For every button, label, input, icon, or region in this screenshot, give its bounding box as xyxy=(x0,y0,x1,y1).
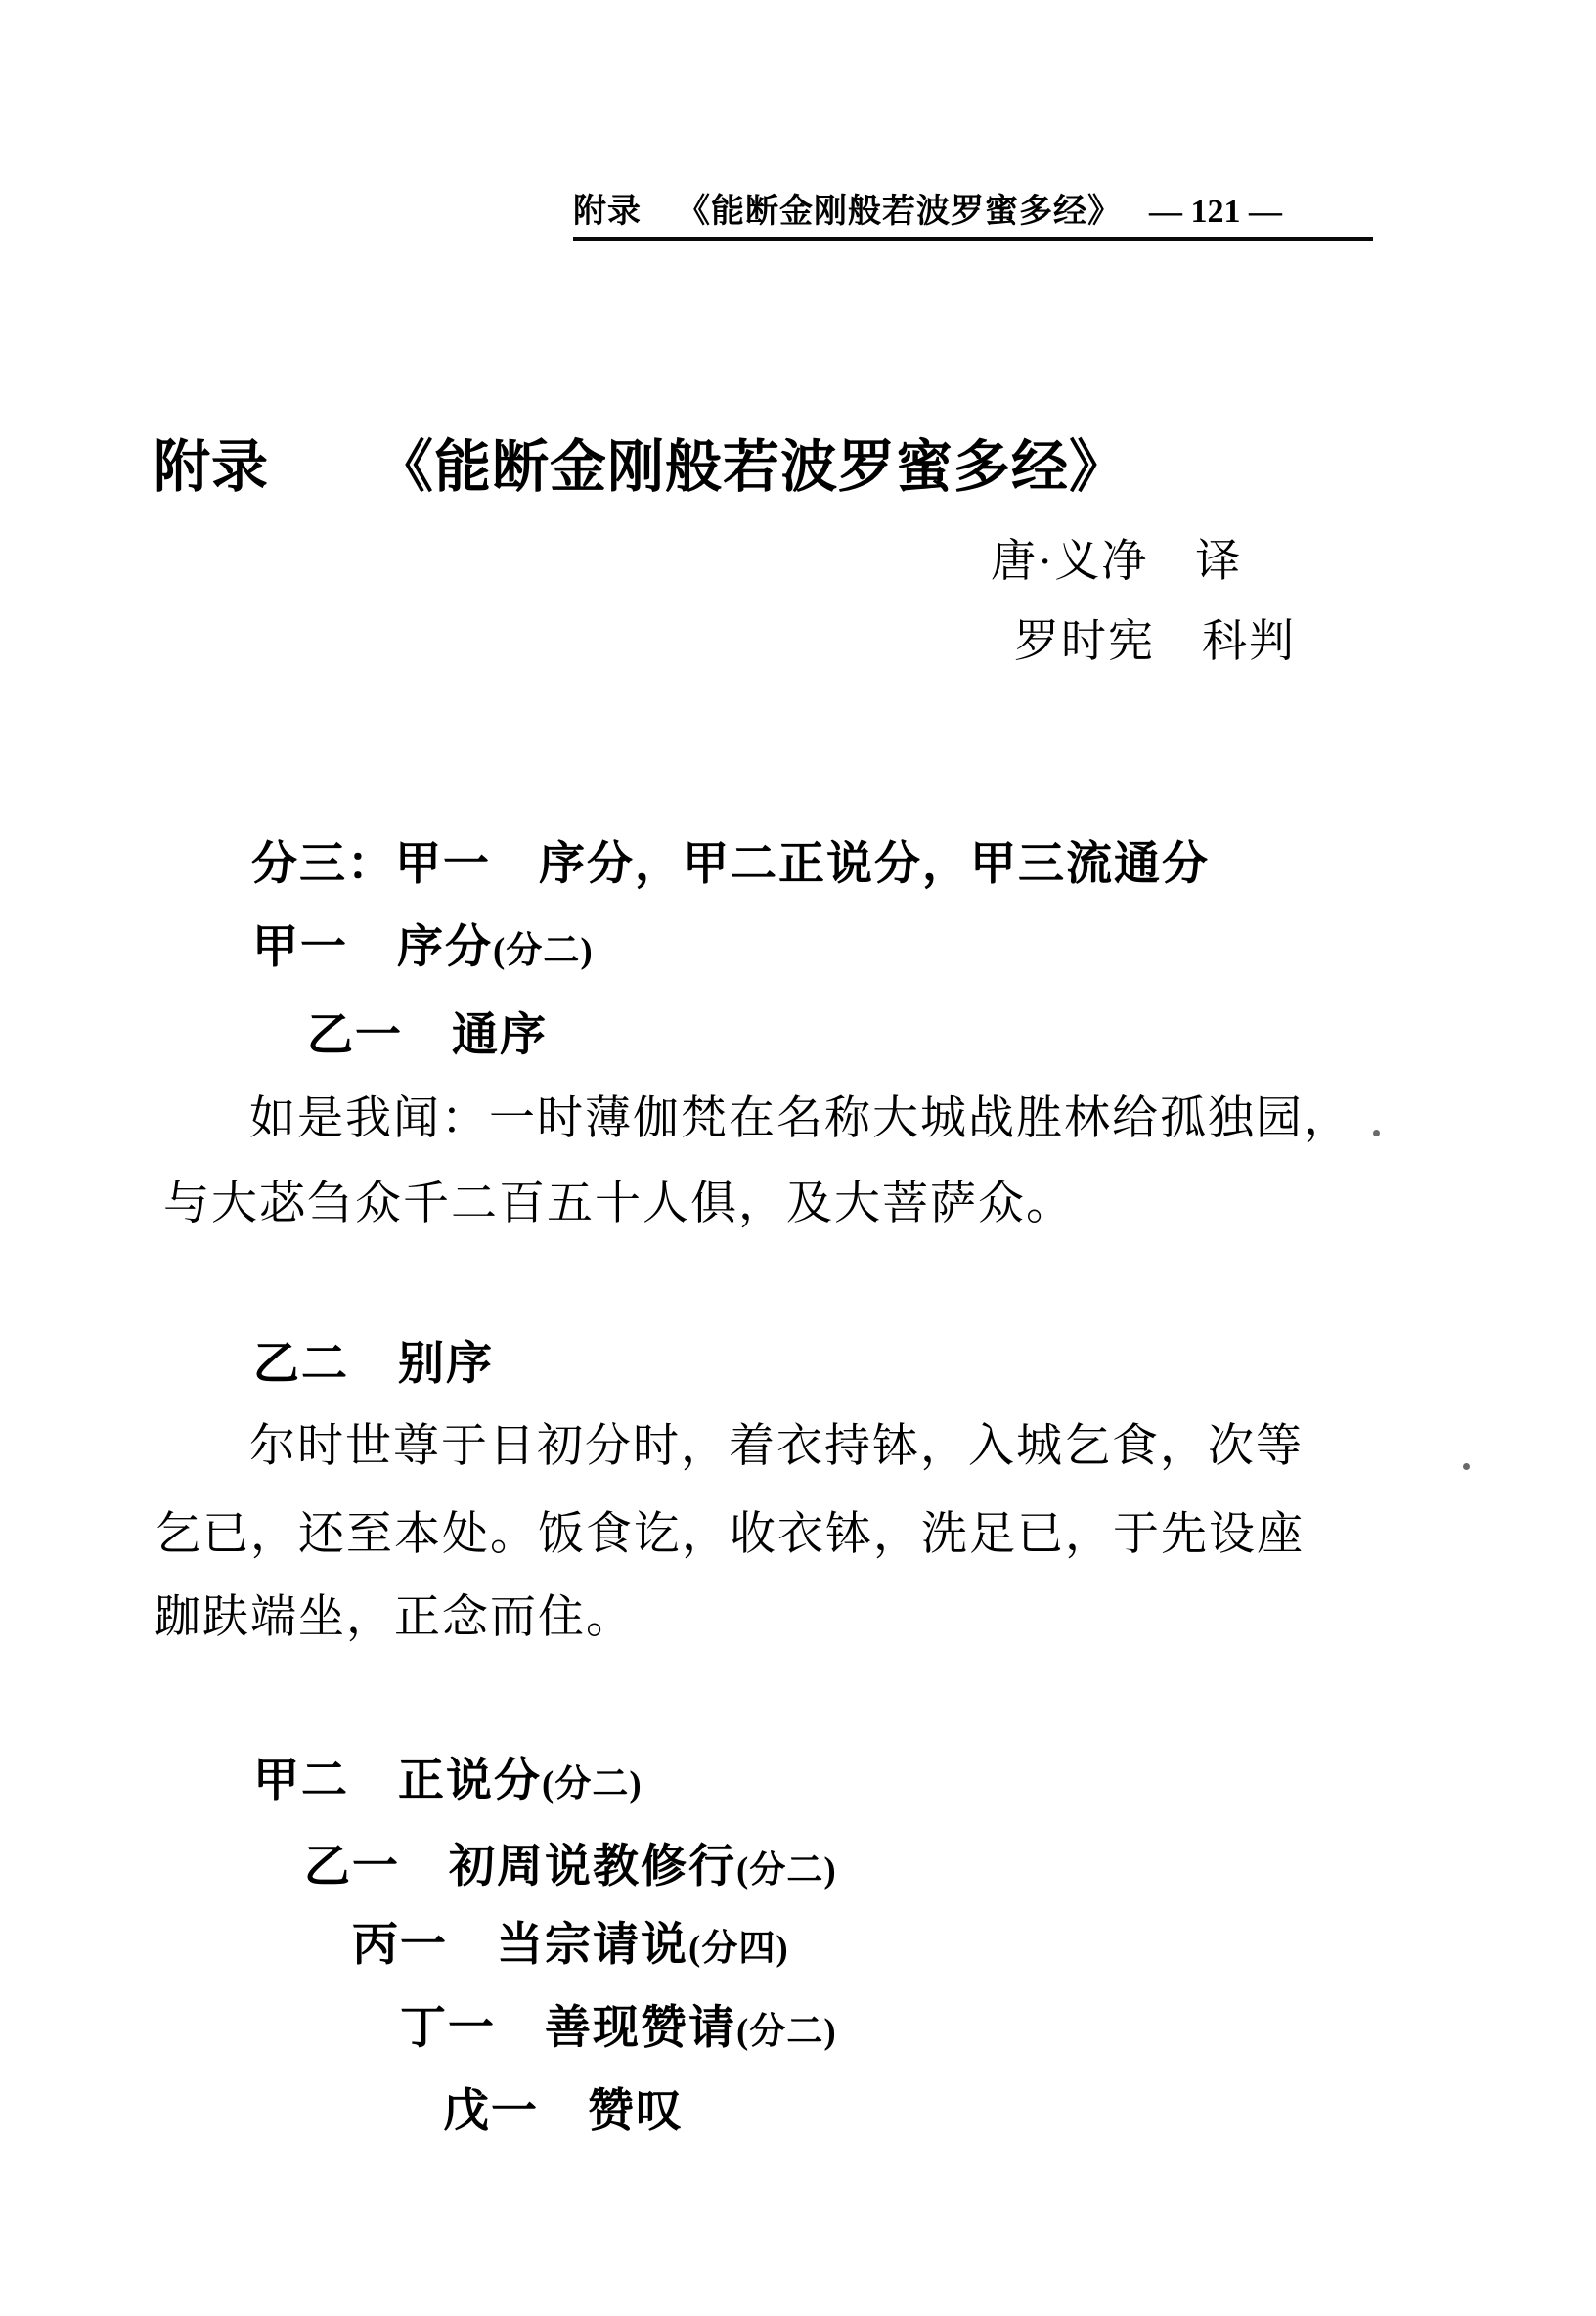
running-header-section: 附录 xyxy=(573,194,642,230)
outline-heading-wu1: 戊一赞叹 xyxy=(443,2087,684,2138)
body-text-line: 如是我闻：一时薄伽梵在名称大城战胜林给孤独园， xyxy=(249,1094,1352,1145)
outline-heading-jia2: 甲二正说分(分二) xyxy=(253,1757,643,1807)
translator-line: 唐·义净 译 xyxy=(991,537,1242,587)
scan-artifact-dot xyxy=(1373,1130,1380,1136)
heading-label: 乙一 xyxy=(307,1010,403,1061)
heading-note: (分二) xyxy=(736,2012,837,2052)
title-prefix: 附录 xyxy=(154,435,269,499)
running-header-page-number: — 121 — xyxy=(1149,194,1282,230)
heading-title: 序分 xyxy=(397,922,493,973)
heading-note: (分二) xyxy=(736,1850,837,1891)
heading-label: 甲二 xyxy=(253,1756,349,1806)
book-page: 附录《能断金刚般若波罗蜜多经》— 121 — 附录《能断金刚般若波罗蜜多经》 唐… xyxy=(0,0,1596,2316)
heading-title: 别序 xyxy=(398,1339,494,1390)
outline-heading-bing1: 丙一当宗请说(分四) xyxy=(352,1921,789,1972)
heading-label: 丁一 xyxy=(400,2003,496,2054)
scan-artifact-dot xyxy=(1463,1463,1470,1470)
running-header-book-title: 《能断金刚般若波罗蜜多经》 xyxy=(677,194,1122,230)
heading-label: 乙二 xyxy=(253,1339,349,1390)
outline-heading-ding1: 丁一善现赞请(分二) xyxy=(400,2004,837,2055)
heading-label: 丙一 xyxy=(352,1920,448,1971)
body-text-line: 尔时世尊于日初分时，着衣持钵，入城乞食，次等 xyxy=(249,1422,1304,1473)
heading-label: 戊一 xyxy=(443,2086,539,2137)
heading-title: 通序 xyxy=(452,1010,548,1061)
body-text-line: 与大苾刍众千二百五十人俱，及大菩萨众。 xyxy=(163,1180,1074,1230)
running-header: 附录《能断金刚般若波罗蜜多经》— 121 — xyxy=(573,194,1373,241)
outline-heading-yi1-chuzhou: 乙一初周说教修行(分二) xyxy=(304,1843,837,1893)
heading-title: 善现赞请 xyxy=(545,2003,736,2054)
heading-label: 乙一 xyxy=(304,1842,400,1893)
outline-intro-line: 分三：甲一 序分，甲二正说分，甲三流通分 xyxy=(251,840,1210,891)
outliner-line: 罗时宪 科判 xyxy=(1014,617,1296,667)
document-title: 附录《能断金刚般若波罗蜜多经》 xyxy=(154,436,1127,499)
heading-title: 当宗请说 xyxy=(497,1920,688,1971)
heading-title: 赞叹 xyxy=(588,2086,684,2137)
heading-title: 正说分 xyxy=(398,1756,542,1806)
heading-title: 初周说教修行 xyxy=(449,1842,736,1893)
body-text-line: 跏趺端坐，正念而住。 xyxy=(155,1593,634,1644)
heading-note: (分二) xyxy=(542,1764,643,1804)
heading-label: 甲一 xyxy=(252,922,348,973)
title-sutra-name: 《能断金刚般若波罗蜜多经》 xyxy=(377,435,1127,499)
outline-heading-yi2-biexu: 乙二别序 xyxy=(253,1340,494,1391)
body-text-line: 乞已，还至本处。饭食讫，收衣钵，洗足已，于先设座 xyxy=(155,1510,1305,1561)
heading-note: (分四) xyxy=(688,1929,789,1969)
heading-note: (分二) xyxy=(493,931,594,971)
outline-heading-jia1: 甲一序分(分二) xyxy=(252,923,594,974)
outline-heading-yi1-tongxu: 乙一通序 xyxy=(307,1011,548,1062)
